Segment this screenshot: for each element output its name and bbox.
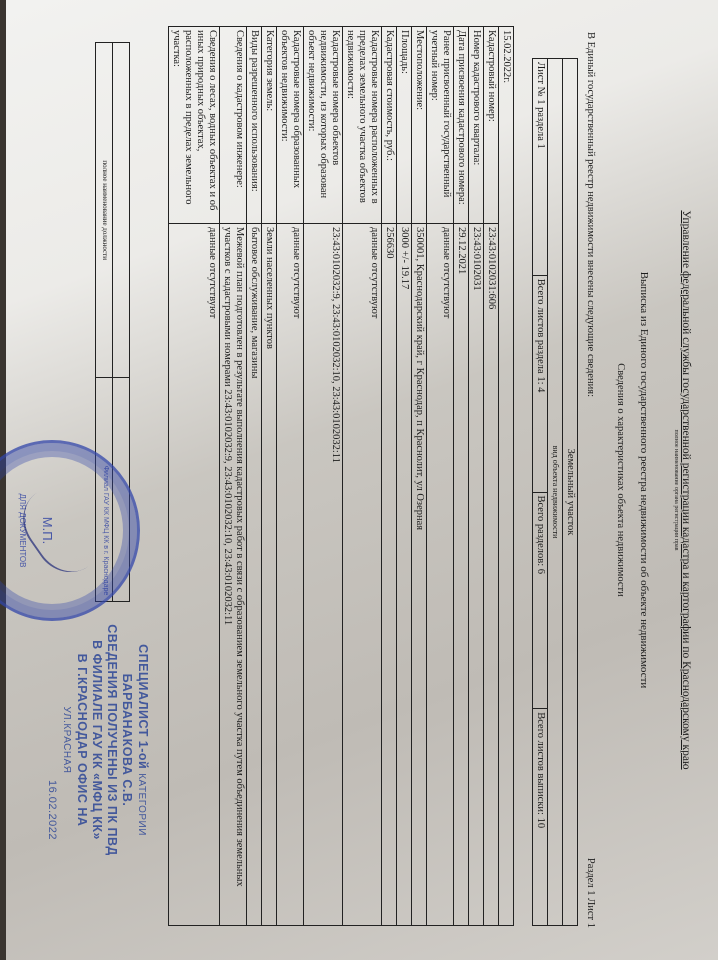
row-label: Дата присвоения кадастрового номера: (454, 27, 469, 224)
row-value: бытовое обслуживание, магазины (247, 224, 262, 926)
row-value: 350001, Краснодарский край, г Краснодар,… (412, 224, 427, 926)
row-value: 256630 (382, 224, 397, 926)
row-value: Межевой план подготовлен в результате вы… (220, 224, 247, 926)
row-label: Сведения о кадастровом инженере: (220, 27, 247, 224)
registration-authority: Управление федеральной службы государств… (673, 160, 692, 820)
stamp-line5: В Г.КРАСНОДАР ОФИС НА (74, 610, 89, 870)
row-value: 23:43:0102032:9, 23:43:0102032:10, 23:43… (304, 224, 343, 926)
stamp-line1-small: КАТЕГОРИИ (136, 773, 147, 836)
table-row: Категория земель:Земли населенных пункто… (262, 27, 277, 926)
row-value: Земли населенных пунктов (262, 224, 277, 926)
characteristics-table: 15.02.2022г.Кадастровый номер:23:43:0102… (168, 26, 514, 926)
row-label: 15.02.2022г. (499, 27, 514, 926)
row-label: Местоположение: (412, 27, 427, 224)
extract-document: Управление федеральной службы государств… (20, 10, 710, 950)
row-value: данные отсутствуют (343, 224, 382, 926)
row-label: Виды разрешенного использования: (247, 27, 262, 224)
sections-total: Всего разделов: 6 (533, 492, 548, 709)
org-name: Управление федеральной службы государств… (680, 160, 692, 820)
org-caption: полное наименование органа регистрации п… (673, 160, 679, 820)
stamp-line4: В ФИЛИАЛЕ ГАУ КК «МФЦ КК» (89, 610, 104, 870)
stamp-line6: УЛ.КРАСНАЯ (59, 610, 74, 870)
position-field (113, 43, 130, 378)
table-row: Дата присвоения кадастрового номера:29.1… (454, 27, 469, 926)
row-label: Кадастровая стоимость, руб.: (382, 27, 397, 224)
intro-text: В Единый государственный реестр недвижим… (585, 32, 596, 397)
stamp-date: 16.02.2022 (44, 680, 59, 940)
position-caption: полное наименование должности (96, 43, 113, 378)
document-subtitle: Сведения о характеристиках объекта недви… (615, 10, 626, 950)
table-row: 15.02.2022г. (499, 27, 514, 926)
section-sheets-total: Всего листов раздела 1: 4 (533, 275, 548, 492)
table-row: Кадастровый номер:23:43:0102031:606 (484, 27, 499, 926)
extract-sheets-total: Всего листов выписки: 10 (533, 709, 548, 926)
specialist-stamp: СПЕЦИАЛИСТ 1-ой КАТЕГОРИИ БАРБАНАКОВА С.… (44, 610, 150, 870)
summary-table: Земельный участок вид объекта недвижимос… (532, 58, 578, 926)
document-title: Выписка из Единого государственного реес… (638, 10, 650, 950)
row-value: 29.12.2021 (454, 224, 469, 926)
table-row: Номер кадастрового квартала:23:43:010203… (469, 27, 484, 926)
row-label: Кадастровые номера объектов недвижимости… (304, 27, 343, 224)
row-label: Номер кадастрового квартала: (469, 27, 484, 224)
row-label: Площадь: (397, 27, 412, 224)
stamp-line2: БАРБАНАКОВА С.В. (119, 610, 134, 870)
table-row: Виды разрешенного использования:бытовое … (247, 27, 262, 926)
table-row: Площадь:3000 +/- 19.17 (397, 27, 412, 926)
table-row: Кадастровые номера образованных объектов… (277, 27, 304, 926)
row-label: Кадастровый номер: (484, 27, 499, 224)
table-row: Кадастровая стоимость, руб.:256630 (382, 27, 397, 926)
row-label: Сведения о лесах, водных объектах и об и… (169, 27, 220, 224)
table-row: Местоположение:350001, Краснодарский кра… (412, 27, 427, 926)
object-type: Земельный участок (563, 59, 578, 926)
row-label: Категория земель: (262, 27, 277, 224)
row-value: данные отсутствуют (169, 224, 220, 926)
table-row: Кадастровые номера объектов недвижимости… (304, 27, 343, 926)
stamp-line3: СВЕДЕНИЯ ПОЛУЧЕНЫ ИЗ ПК ПВД (104, 610, 119, 870)
table-row: Ранее присвоенный государственный учетны… (427, 27, 454, 926)
row-value: 23:43:0102031:606 (484, 224, 499, 926)
object-type-caption: вид объекта недвижимости (548, 59, 563, 926)
row-value: данные отсутствуют (277, 224, 304, 926)
row-label: Кадастровые номера образованных объектов… (277, 27, 304, 224)
row-label: Кадастровые номера расположенных в преде… (343, 27, 382, 224)
row-value: 3000 +/- 19.17 (397, 224, 412, 926)
table-row: Сведения о лесах, водных объектах и об и… (169, 27, 220, 926)
sheet-of-section: Лист № 1 раздела 1 (533, 59, 548, 276)
row-label: Ранее присвоенный государственный учетны… (427, 27, 454, 224)
row-value: данные отсутствуют (427, 224, 454, 926)
table-row: Сведения о кадастровом инженере:Межевой … (220, 27, 247, 926)
row-value: 23:43:0102031 (469, 224, 484, 926)
stamp-line1: СПЕЦИАЛИСТ 1-ой (136, 644, 150, 769)
table-row: Кадастровые номера расположенных в преде… (343, 27, 382, 926)
section-sheet-label: Раздел 1 Лист 1 (585, 858, 596, 928)
